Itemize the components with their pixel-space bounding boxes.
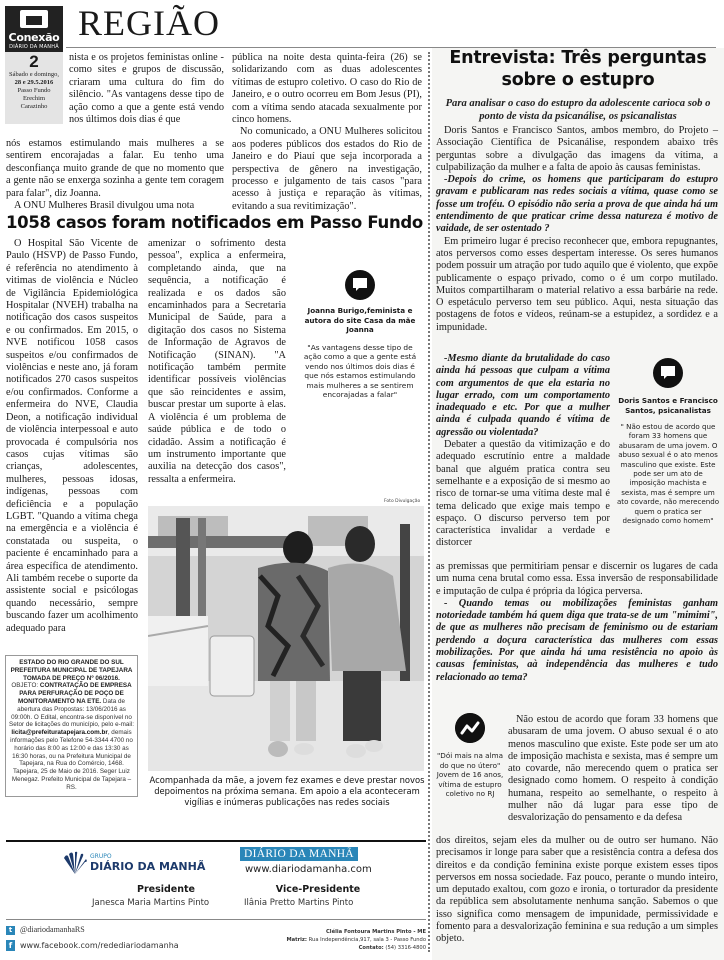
pullquote-text: "As vantagens desse tipo de ação como a … bbox=[300, 343, 420, 401]
pullquote-psicanalistas: Doris Santos e Francisco Santos, psicana… bbox=[616, 358, 720, 525]
company-address: Rua Independência,917, sala 3 - Passo Fu… bbox=[309, 937, 426, 943]
company-info: Clélia Fontoura Martins Pinto - ME Matri… bbox=[250, 928, 426, 952]
notice-municipality: PREFEITURA MUNICIPAL DE TAPEJARA bbox=[9, 667, 134, 675]
interview-answer-2: Debater a questão da vitimização e do ad… bbox=[436, 439, 610, 550]
interview-a3-wide: dos direitos, sejam eles da mulher ou de… bbox=[436, 835, 718, 946]
interview-q2-block: -Mesmo diante da brutalidade do caso ain… bbox=[436, 353, 610, 550]
interview-intro-block: Doris Santos e Francisco Santos, ambos m… bbox=[436, 125, 718, 334]
vp-name: Ilânia Pretto Martins Pinto bbox=[244, 898, 353, 908]
vp-title: Vice-Presidente bbox=[258, 884, 378, 895]
company-name: Clélia Fontoura Martins Pinto - ME bbox=[250, 928, 426, 936]
facebook-icon: f bbox=[6, 940, 15, 951]
footer-divider bbox=[6, 840, 426, 842]
article-1058-col2: amenizar o sofrimento desta pessoa", exp… bbox=[148, 238, 286, 486]
group-logo: GRUPO DIÁRIO DA MANHÃ bbox=[62, 850, 172, 878]
article-top-col1-wide: nós estamos estimulando mais mulheres a … bbox=[6, 138, 224, 212]
shell-logo-icon bbox=[62, 850, 88, 876]
notice-state: ESTADO DO RIO GRANDE DO SUL bbox=[9, 659, 134, 667]
pullquote-author: Joanna Burigo,feminista e autora do site… bbox=[300, 306, 420, 335]
interview-a3-narrow: Não estou de acordo que foram 33 homens … bbox=[508, 714, 718, 825]
photo-credit: Foto Divulgação bbox=[384, 499, 420, 504]
brand-box: Conexão DIÁRIO DA MANHÃ 2 Sábado e domin… bbox=[5, 6, 63, 124]
brand-subname: DIÁRIO DA MANHÃ bbox=[5, 44, 63, 50]
edition-meta: Sábado e domingo, 28 e 29.5.2016 Passo F… bbox=[5, 71, 63, 111]
article-top-col1-top: nista e os projetos feministas online - … bbox=[69, 52, 224, 126]
interview-subtitle: Para analisar o caso do estupro da adole… bbox=[436, 97, 720, 123]
website-link[interactable]: www.diariodamanha.com bbox=[245, 864, 372, 875]
interview-question-3: - Quando temas ou mobilizações feminista… bbox=[436, 598, 718, 684]
legal-notice: ESTADO DO RIO GRANDE DO SUL PREFEITURA M… bbox=[5, 655, 138, 797]
interview-answer-1: Em primeiro lugar é preciso reconhecer q… bbox=[436, 236, 718, 334]
city: Carazinho bbox=[5, 103, 63, 111]
group-label: GRUPO bbox=[90, 853, 112, 860]
speech-bubble-icon bbox=[653, 358, 683, 388]
paper-logo: DIÁRIO DA MANHÃ bbox=[240, 847, 358, 861]
city: Erechim bbox=[5, 95, 63, 103]
notice-object-label: OBJETO: bbox=[11, 682, 38, 689]
interview-question-1: -Depois do crime, os homens que particip… bbox=[436, 174, 718, 235]
interview-title: Entrevista: Três perguntas sobre o estup… bbox=[432, 47, 724, 91]
day-label: Sábado e domingo, bbox=[5, 71, 63, 79]
article-headline: 1058 casos foram notificados em Passo Fu… bbox=[6, 213, 423, 232]
edition-date: 28 e 29.5.2016 bbox=[5, 79, 63, 87]
facebook-link[interactable]: www.facebook.com/redediariodamanha bbox=[20, 941, 179, 950]
photo-two-women-walking bbox=[148, 506, 424, 771]
pullquote-text: "Dói mais na alma do que no útero" Jovem… bbox=[436, 751, 504, 799]
brand-logo: Conexão DIÁRIO DA MANHÃ bbox=[5, 6, 63, 52]
footer-divider-2 bbox=[6, 919, 426, 920]
speech-bubble-icon bbox=[345, 270, 375, 300]
president-title: Presidente bbox=[100, 884, 195, 895]
president-name: Janesca Maria Martins Pinto bbox=[92, 898, 209, 908]
interview-a2-wide: as premissas que permitiriam pensar e di… bbox=[436, 561, 718, 684]
article-photo bbox=[148, 506, 424, 771]
pullquote-author: Doris Santos e Francisco Santos, psicana… bbox=[616, 396, 720, 415]
twitter-icon: t bbox=[6, 926, 15, 935]
interview-question-2: -Mesmo diante da brutalidade do caso ain… bbox=[436, 353, 610, 439]
brand-name: Conexão bbox=[5, 31, 63, 44]
page-number: 2 bbox=[5, 53, 63, 71]
interview-answer-3: Não estou de acordo que foram 33 homens … bbox=[508, 714, 718, 825]
notice-body-2: , demais informações pelo Telefone 54-33… bbox=[10, 729, 133, 791]
pullquote-victim: "Dói mais na alma do que no útero" Jovem… bbox=[436, 713, 504, 799]
photo-caption: Acompanhada da mãe, a jovem fez exames e… bbox=[148, 775, 426, 808]
twitter-handle[interactable]: @diariodamanhaRS bbox=[20, 925, 85, 934]
article-top-col2: pública na noite desta quinta-feira (26)… bbox=[232, 52, 422, 213]
column-divider bbox=[428, 52, 430, 952]
city: Passo Fundo bbox=[5, 87, 63, 95]
pullquote-text: " Não estou de acordo que foram 33 homen… bbox=[616, 422, 720, 525]
group-name: DIÁRIO DA MANHÃ bbox=[90, 860, 205, 873]
trend-line-icon bbox=[455, 713, 485, 743]
notice-email-link[interactable]: licita@prefeituratapejara.com.br bbox=[11, 729, 107, 736]
company-phone: (54) 3316-4800 bbox=[385, 945, 426, 951]
pullquote-joanna: Joanna Burigo,feminista e autora do site… bbox=[300, 270, 420, 400]
section-title: REGIÃO bbox=[78, 3, 220, 43]
interview-intro: Doris Santos e Francisco Santos, ambos m… bbox=[436, 125, 718, 174]
speech-logo-icon bbox=[20, 10, 48, 28]
article-1058-col1: O Hospital São Vicente de Paulo (HSVP) d… bbox=[6, 238, 138, 635]
